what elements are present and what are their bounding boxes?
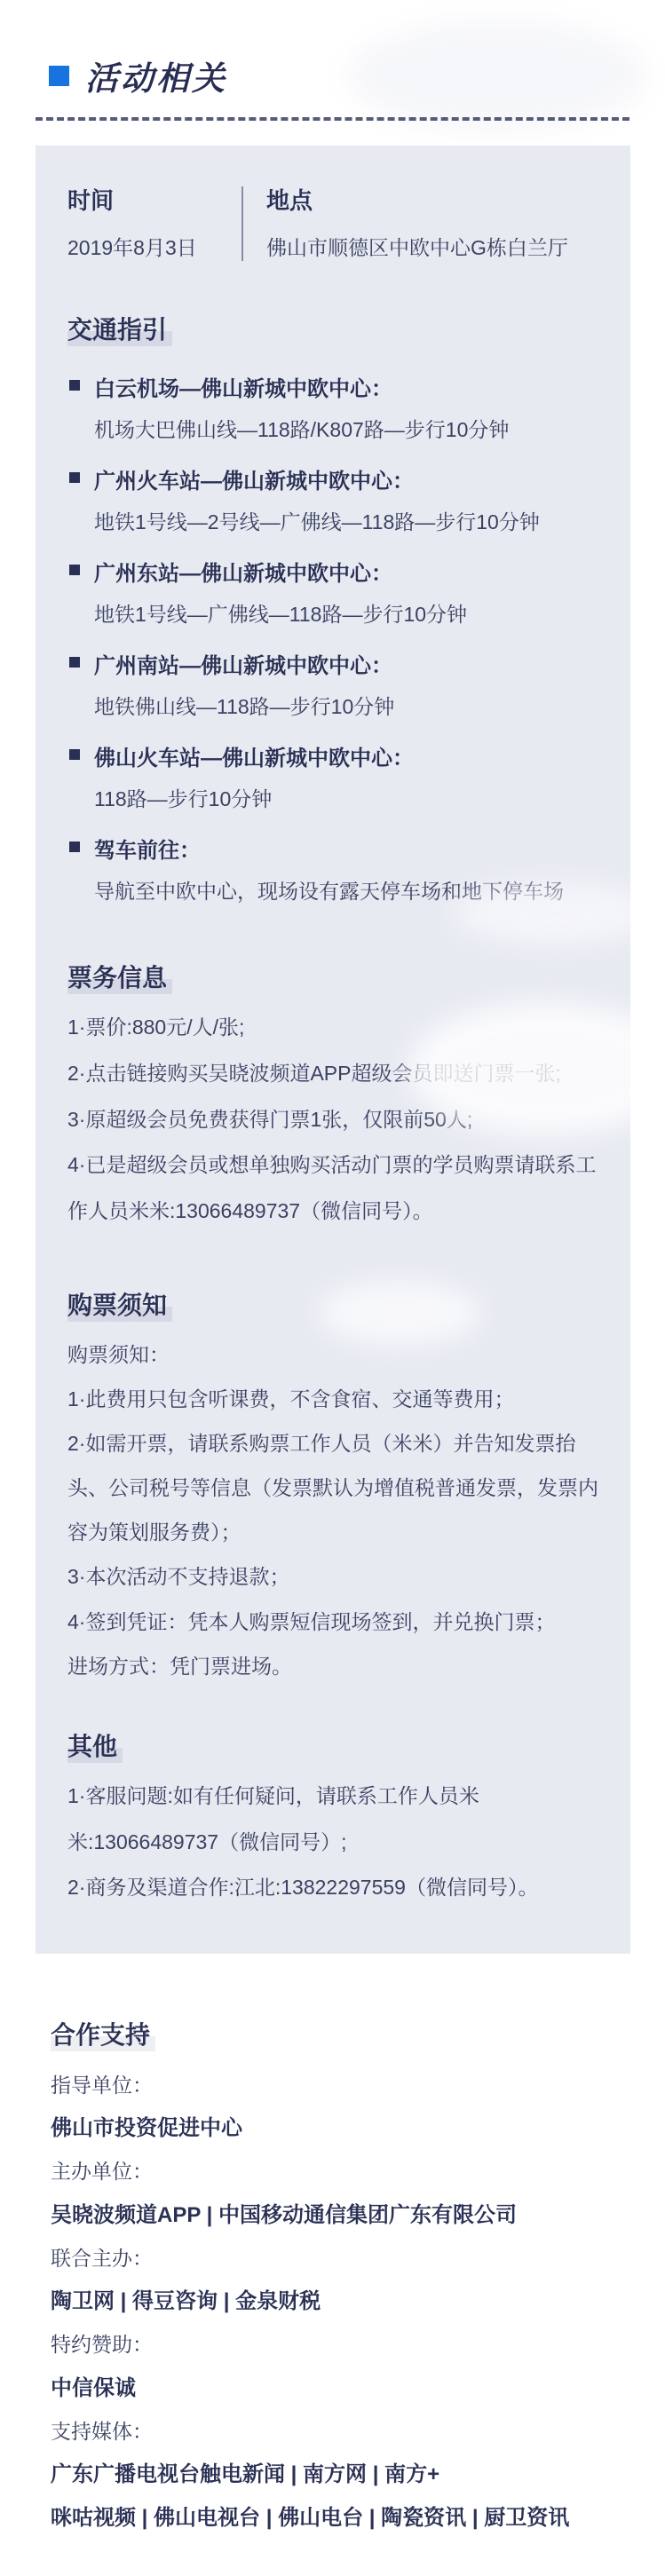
route-title: 佛山火车站—佛山新城中欧中心： [94,740,414,771]
support-section: 合作支持 指导单位： 佛山市投资促进中心 主办单位： 吴晓波频道APP | 中国… [0,1954,665,2576]
vertical-divider [241,186,243,261]
page-header: 活动相关 [0,55,665,96]
list-item: 白云机场—佛山新城中欧中心： 机场大巴佛山线—118路/K807路—步行10分钟 [67,371,598,458]
route-title: 广州东站—佛山新城中欧中心： [94,556,467,587]
ticketing-section: 票务信息 1·票价:880元/人/张; 2·点击链接购买吴晓波频道APP超级会员… [67,959,598,1235]
dashed-divider [36,117,629,121]
time-label: 时间 [67,183,241,216]
dark-square-bullet-icon [69,380,80,391]
support-label: 联合主办： [51,2237,629,2280]
purchase-notes-section: 购票须知 购票须知： 1·此费用只包含听课费，不含食宿、交通等费用； 2·如需开… [67,1286,598,1688]
dark-square-bullet-icon [69,472,80,483]
support-value: 吴晓波频道APP | 中国移动通信集团广东有限公司 [51,2193,629,2237]
support-value: 陶卫网 | 得豆咨询 | 金泉财税 [51,2280,629,2323]
route-title: 白云机场—佛山新城中欧中心： [94,371,509,402]
support-group: 指导单位： 佛山市投资促进中心 [51,2064,629,2150]
dark-square-bullet-icon [69,749,80,760]
location-value: 佛山市顺德区中欧中心G栋白兰厅 [266,232,598,261]
list-item: 4·已是超级会员或想单独购买活动门票的学员购票请联系工作人员米米:1306648… [67,1142,598,1235]
time-value: 2019年8月3日 [67,232,241,261]
other-section: 其他 1·客服问题:如有任何疑问，请联系工作人员米米:13066489737（微… [67,1727,598,1911]
support-value: 中信保诚 [51,2367,629,2410]
page-title: 活动相关 [85,51,227,99]
route-title: 广州南站—佛山新城中欧中心： [94,648,394,679]
support-heading: 合作支持 [51,2016,155,2051]
list-item: 广州东站—佛山新城中欧中心： 地铁1号线—广佛线—118路—步行10分钟 [67,556,598,643]
ticketing-heading: 票务信息 [67,959,172,994]
list-item: 4·签到凭证：凭本人购票短信现场签到，并兑换门票； [67,1600,598,1644]
route-detail: 地铁1号线—2号线—广佛线—118路—步行10分钟 [94,506,540,535]
location-column: 地点 佛山市顺德区中欧中心G栋白兰厅 [266,183,598,261]
time-column: 时间 2019年8月3日 [67,183,241,261]
list-item: 佛山火车站—佛山新城中欧中心： 118路—步行10分钟 [67,740,598,827]
time-location-row: 时间 2019年8月3日 地点 佛山市顺德区中欧中心G栋白兰厅 [67,183,598,261]
support-label: 主办单位： [51,2150,629,2193]
notes-intro: 购票须知： [67,1332,598,1377]
purchase-notes-list: 购票须知： 1·此费用只包含听课费，不含食宿、交通等费用； 2·如需开票，请联系… [67,1332,598,1688]
list-item: 1·此费用只包含听课费，不含食宿、交通等费用； [67,1377,598,1421]
list-item: 广州南站—佛山新城中欧中心： 地铁佛山线—118路—步行10分钟 [67,648,598,735]
list-item: 广州火车站—佛山新城中欧中心： 地铁1号线—2号线—广佛线—118路—步行10分… [67,463,598,550]
route-title: 驾车前往： [94,833,564,864]
traffic-section: 交通指引 白云机场—佛山新城中欧中心： 机场大巴佛山线—118路/K807路—步… [67,311,598,920]
support-group: 支持媒体： 广东广播电视台触电新闻 | 南方网 | 南方+ 咪咕视频 | 佛山电… [51,2410,629,2540]
route-detail: 地铁佛山线—118路—步行10分钟 [94,691,394,720]
list-item: 1·客服问题:如有任何疑问，请联系工作人员米米:13066489737（微信同号… [67,1774,598,1866]
other-list: 1·客服问题:如有任何疑问，请联系工作人员米米:13066489737（微信同号… [67,1774,598,1911]
blue-square-icon [49,66,69,86]
support-value: 广东广播电视台触电新闻 | 南方网 | 南方+ 咪咕视频 | 佛山电视台 | 佛… [51,2453,629,2540]
list-item: 2·如需开票，请联系购票工作人员（米米）并告知发票抬头、公司税号等信息（发票默认… [67,1421,598,1554]
traffic-heading: 交通指引 [67,311,172,346]
list-item: 1·票价:880元/人/张; [67,1005,598,1051]
list-item: 2·商务及渠道合作:江北:13822297559（微信同号）。 [67,1865,598,1911]
traffic-list: 白云机场—佛山新城中欧中心： 机场大巴佛山线—118路/K807路—步行10分钟… [67,371,598,920]
dark-square-bullet-icon [69,842,80,852]
event-detail-card: 时间 2019年8月3日 地点 佛山市顺德区中欧中心G栋白兰厅 交通指引 白云机… [36,146,630,1954]
support-value: 佛山市投资促进中心 [51,2106,629,2150]
route-detail: 118路—步行10分钟 [94,783,414,812]
list-item: 3·本次活动不支持退款； [67,1554,598,1599]
list-item: 驾车前往： 导航至中欧中心，现场设有露天停车场和地下停车场 [67,833,598,920]
list-item: 进场方式：凭门票进场。 [67,1644,598,1688]
other-heading: 其他 [67,1727,123,1763]
route-detail: 导航至中欧中心，现场设有露天停车场和地下停车场 [94,875,564,905]
list-item: 2·点击链接购买吴晓波频道APP超级会员即送门票一张; [67,1051,598,1097]
support-groups: 指导单位： 佛山市投资促进中心 主办单位： 吴晓波频道APP | 中国移动通信集… [51,2064,629,2540]
support-group: 联合主办： 陶卫网 | 得豆咨询 | 金泉财税 [51,2237,629,2323]
support-label: 支持媒体： [51,2410,629,2453]
dark-square-bullet-icon [69,565,80,575]
support-group: 主办单位： 吴晓波频道APP | 中国移动通信集团广东有限公司 [51,2150,629,2236]
list-item: 3·原超级会员免费获得门票1张，仅限前50人; [67,1097,598,1143]
dark-square-bullet-icon [69,657,80,668]
ticketing-list: 1·票价:880元/人/张; 2·点击链接购买吴晓波频道APP超级会员即送门票一… [67,1005,598,1235]
route-title: 广州火车站—佛山新城中欧中心： [94,463,540,494]
support-label: 特约赞助： [51,2323,629,2366]
route-detail: 地铁1号线—广佛线—118路—步行10分钟 [94,598,467,628]
support-label: 指导单位： [51,2064,629,2106]
purchase-notes-heading: 购票须知 [67,1286,172,1322]
route-detail: 机场大巴佛山线—118路/K807路—步行10分钟 [94,414,509,443]
support-group: 特约赞助： 中信保诚 [51,2323,629,2409]
location-label: 地点 [266,183,598,216]
event-info-page: 活动相关 时间 2019年8月3日 地点 佛山市顺德区中欧中心G栋白兰厅 交通指… [0,0,665,2576]
